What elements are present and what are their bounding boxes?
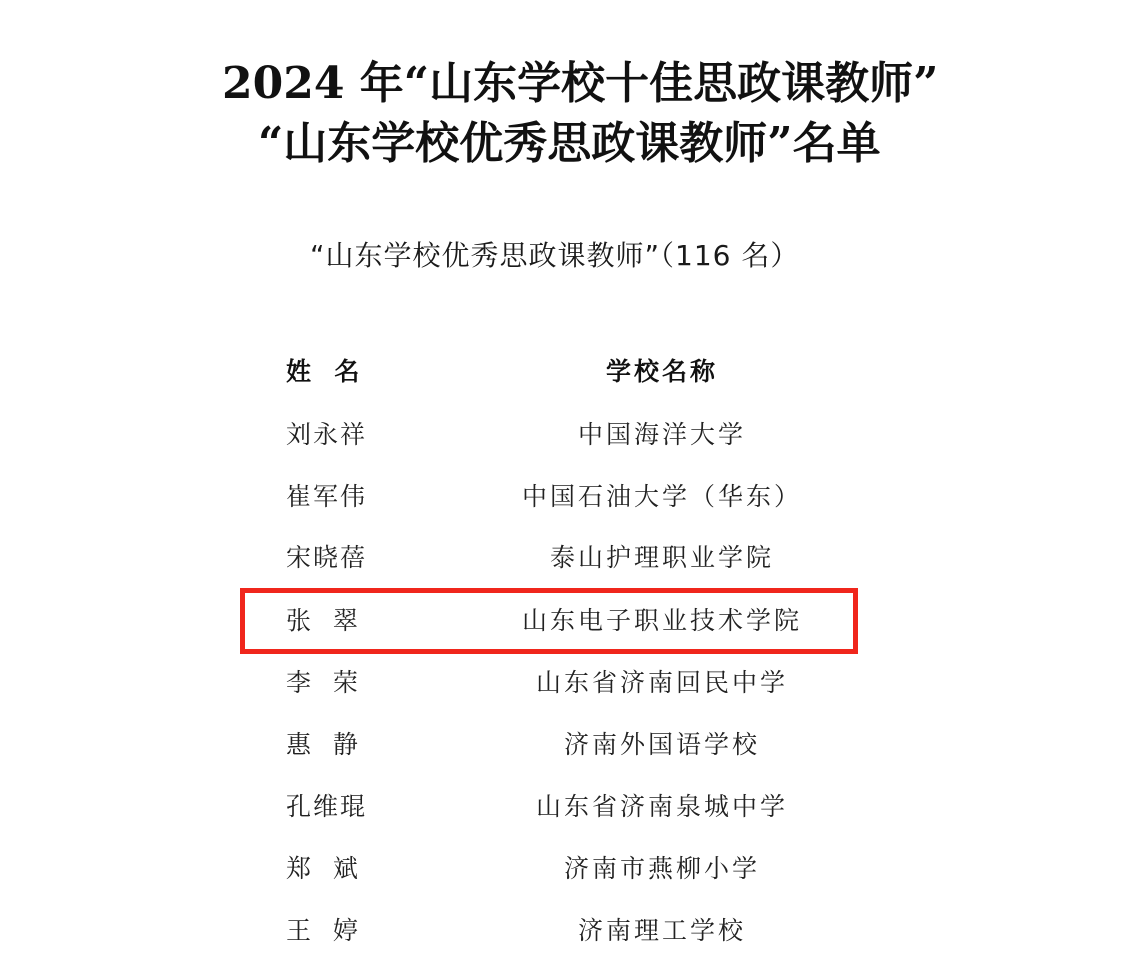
teacher-name: 郑 斌 <box>286 849 376 889</box>
section-subtitle: “山东学校优秀思政课教师”（116 名） <box>310 236 799 276</box>
school-name: 济南外国语学校 <box>462 725 862 765</box>
teacher-name: 崔军伟 <box>286 477 376 517</box>
table-row: 郑 斌 济南市燕柳小学 <box>0 849 1139 889</box>
school-name: 济南理工学校 <box>462 911 862 951</box>
school-name: 山东省济南泉城中学 <box>462 787 862 827</box>
teacher-name: 张 翠 <box>286 601 376 641</box>
school-name: 泰山护理职业学院 <box>462 538 862 578</box>
teacher-name: 刘永祥 <box>286 415 376 455</box>
table-row: 宋晓蓓 泰山护理职业学院 <box>0 538 1139 578</box>
school-name: 中国石油大学（华东） <box>462 477 862 517</box>
school-name: 济南市燕柳小学 <box>462 849 862 889</box>
table-row: 刘永祥 中国海洋大学 <box>0 415 1139 455</box>
table-row: 惠 静 济南外国语学校 <box>0 725 1139 765</box>
teacher-name: 孔维琨 <box>286 787 376 827</box>
table-row: 孔维琨 山东省济南泉城中学 <box>0 787 1139 827</box>
teacher-name: 王 婷 <box>286 911 376 951</box>
school-name: 中国海洋大学 <box>462 415 862 455</box>
document-title-line-1: 2024 年“山东学校十佳思政课教师” <box>222 56 1139 112</box>
table-header-row: 姓 名 学校名称 <box>0 352 1139 392</box>
column-header-school: 学校名称 <box>462 352 862 392</box>
teacher-name: 宋晓蓓 <box>286 538 376 578</box>
table-row-highlighted: 张 翠 山东电子职业技术学院 <box>0 601 1139 641</box>
column-header-name: 姓 名 <box>286 352 376 392</box>
table-row: 王 婷 济南理工学校 <box>0 911 1139 951</box>
table-row: 李 荣 山东省济南回民中学 <box>0 663 1139 703</box>
document-title-line-2: “山东学校优秀思政课教师”名单 <box>258 116 1139 172</box>
school-name: 山东省济南回民中学 <box>462 663 862 703</box>
teacher-name: 李 荣 <box>286 663 376 703</box>
teacher-name: 惠 静 <box>286 725 376 765</box>
table-row: 崔军伟 中国石油大学（华东） <box>0 477 1139 517</box>
school-name: 山东电子职业技术学院 <box>462 601 862 641</box>
